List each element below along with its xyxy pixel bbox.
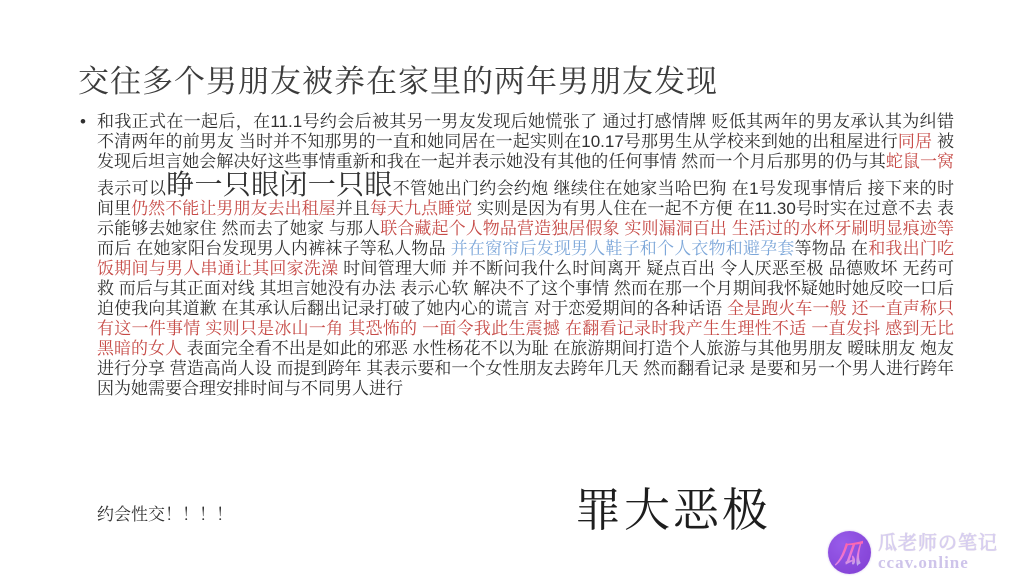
body-text-segment: 表面完全看不出是如此的邪恶 水性杨花不以为耻 在旅游期间打造个人旅游与其他男朋友… xyxy=(97,339,954,398)
body-text-segment: 表示可以 xyxy=(97,179,166,198)
body-text-segment: 而后 在她家阳台发现男人内裤袜子等私人物品 xyxy=(97,239,451,258)
body-text-segment: 睁一只眼闭一只眼 xyxy=(166,169,393,200)
slide-title: 交往多个男朋友被养在家里的两年男朋友发现 xyxy=(78,56,718,101)
footer-left-text: 约会性交！！！！ xyxy=(97,500,233,525)
watermark-logo-icon: 瓜 xyxy=(828,531,871,574)
body-text-segment: 仍然不能让男朋友去出租屋 xyxy=(131,199,336,218)
watermark-text: 瓜老师の笔记 ccav.online xyxy=(878,534,998,572)
watermark-url: ccav.online xyxy=(878,554,998,572)
body-text-segment: 并且 xyxy=(336,199,370,218)
body-paragraph: • 和我正式在一起后，在11.1号约会后被其另一男友发现后她慌张了 通过打感情牌… xyxy=(80,112,954,399)
body-text-segment: 等物品 在 xyxy=(795,239,869,258)
watermark-title: 瓜老师の笔记 xyxy=(878,534,998,554)
body-text-segment: 并在窗帘后发现男人鞋子和个人衣物和避孕套 xyxy=(451,239,795,258)
watermark-logo-glyph: 瓜 xyxy=(835,534,865,571)
body-text-segment: 蛇鼠一窝 xyxy=(886,152,954,171)
body-text-segment: 和我正式在一起后，在11.1号约会后被其另一男友发现后她慌张了 通过打感情牌 贬… xyxy=(97,112,954,151)
watermark: 瓜 瓜老师の笔记 ccav.online xyxy=(828,531,998,574)
body-text-segment: 每天九点睡觉 xyxy=(370,199,472,218)
body-text-segment: 同居 xyxy=(898,132,932,151)
presentation-slide: 交往多个男朋友被养在家里的两年男朋友发现 • 和我正式在一起后，在11.1号约会… xyxy=(0,0,1024,576)
bullet-marker: • xyxy=(80,112,86,132)
body-text-segment: 联合藏起个人物品营造独居假象 实则漏洞百出 生活过的水杯牙刷明显痕迹等 xyxy=(380,219,954,238)
footer-emphasis-text: 罪大恶极 xyxy=(575,474,771,540)
body-segments: 和我正式在一起后，在11.1号约会后被其另一男友发现后她慌张了 通过打感情牌 贬… xyxy=(97,112,954,399)
